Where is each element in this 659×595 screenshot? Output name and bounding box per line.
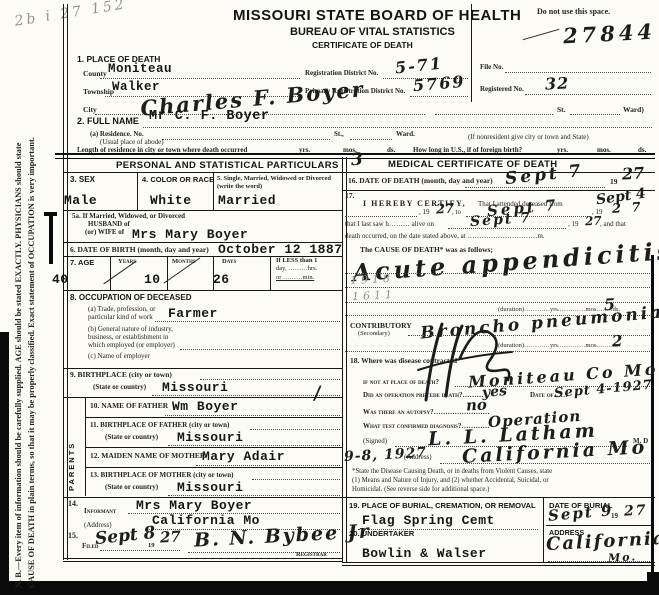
file-no-line xyxy=(505,71,651,73)
cause-faint-mark-1: 1918 xyxy=(350,273,395,286)
scan-edge-bottom xyxy=(0,581,659,595)
row345-rule xyxy=(63,210,342,211)
signed-label: (Signed) xyxy=(363,438,387,445)
stray-slash-mark: / xyxy=(314,385,322,403)
margin-note-line1: N. B.—Every item of information should b… xyxy=(12,137,25,588)
st-line xyxy=(570,113,620,115)
autopsy-label: Was there an autopsy?…………………… xyxy=(363,409,490,416)
mother-bp-line xyxy=(252,478,340,480)
married-to-label: 5a. If Married, Widowed, or Divorced xyxy=(72,213,185,220)
full-name-label: 2. FULL NAME xyxy=(77,117,139,126)
occupation-c: (c) Name of employer xyxy=(88,353,150,360)
sign-address-label: (Address) xyxy=(404,454,432,461)
father-name-label: 10. NAME OF FATHER xyxy=(90,402,168,410)
scan-mark-bracket-h xyxy=(44,212,57,216)
undertaker-address-value: California xyxy=(546,530,659,554)
personal-title-rule xyxy=(63,172,342,173)
column-divider xyxy=(342,157,347,563)
registered-no-value: 32 xyxy=(545,75,570,92)
filed-num: 15. xyxy=(68,532,78,540)
mother-bp-state-line xyxy=(168,494,340,496)
burial-column-divider xyxy=(543,497,544,563)
medical-title-rule xyxy=(342,172,655,173)
certify-and-that: , and that xyxy=(600,221,626,228)
occupation-label: 8. OCCUPATION OF DECEASED xyxy=(70,294,192,302)
scan-mark-bracket-v xyxy=(49,214,53,264)
sex-label: 3. SEX xyxy=(70,176,95,184)
age-div4 xyxy=(270,256,271,290)
filed-year-pre: 19 xyxy=(148,543,155,550)
date-of-death-year-pre: 19 xyxy=(610,178,618,186)
age-days-label: Days xyxy=(222,259,236,266)
filed-year-value: 27 xyxy=(160,529,182,545)
death-occurred-text: death occurred, on the date stated above… xyxy=(345,233,545,240)
informant-value: Mrs Mary Boyer xyxy=(136,499,252,512)
age-label: 7. AGE xyxy=(70,259,94,267)
certify-to-word: , to xyxy=(452,209,461,216)
abode-note: (Usual place of abode) xyxy=(100,139,164,146)
date-of-death-line xyxy=(465,186,605,188)
nonresident-note: (If nonresident give city or town and St… xyxy=(468,134,589,141)
ward-label: Ward) xyxy=(623,106,644,114)
date-stamp: 2b i 27 152 xyxy=(14,0,128,29)
scan-edge-left xyxy=(0,332,9,595)
certificate-number: 27844 xyxy=(563,21,657,47)
right-column-bottom-rule xyxy=(342,562,655,566)
father-bp-state-line xyxy=(168,444,340,446)
occupation-value: Farmer xyxy=(168,307,218,320)
informant-address-value: California Mo xyxy=(152,514,260,527)
attended-to-year: 2 7 xyxy=(612,201,644,216)
registered-no-label: Registered No. xyxy=(480,86,524,93)
age-less-label2: day, ………hrs. xyxy=(276,266,317,273)
margin-note-line2: CAUSE OF DEATH in plain terms, so that i… xyxy=(25,137,38,588)
row8-rule xyxy=(63,368,342,369)
county-line xyxy=(100,77,300,79)
row12-rule xyxy=(85,467,342,468)
certify-num: 17. xyxy=(345,192,354,200)
mother-bp-state-label: (State or country) xyxy=(105,484,158,491)
residence-ward-label: Ward. xyxy=(396,131,415,138)
burial-year: 27 xyxy=(624,503,648,518)
birthplace-value: Missouri xyxy=(162,381,228,394)
burial-date-value: Sept 9 xyxy=(547,503,614,524)
date-of-death-label: 16. DATE OF DEATH (month, day and year) xyxy=(348,177,493,185)
father-name-line xyxy=(165,414,340,416)
father-bp-value: Missouri xyxy=(177,431,243,444)
age-div1 xyxy=(110,256,111,290)
undertaker-value: Bowlin & Walser xyxy=(362,547,487,560)
marital-label: 5. Single, Married, Widowed or Divorced … xyxy=(217,175,337,191)
form-certificate-label: CERTIFICATE OF DEATH xyxy=(312,41,413,50)
margin-note: N. B.—Every item of information should b… xyxy=(12,137,38,588)
birthplace-label: 9. BIRTHPLACE (city or town) xyxy=(70,371,172,379)
filed-line xyxy=(100,549,180,551)
burial-top-rule xyxy=(342,497,655,498)
primary-reg-line xyxy=(410,95,468,97)
father-bp-state-label: (State or country) xyxy=(105,434,158,441)
certify-y19c: , 19 xyxy=(568,221,579,228)
contributory-duration-days: 2 xyxy=(612,334,623,350)
birthplace-state-line xyxy=(152,394,340,396)
township-value: Walker xyxy=(112,81,160,94)
birthplace-state-label: (State or country) xyxy=(93,384,146,391)
age-years-value: 40 xyxy=(52,273,69,286)
residence-st-line xyxy=(350,138,392,140)
row7-rule xyxy=(63,290,342,291)
full-name-line xyxy=(143,126,652,128)
age-less-label1: If LESS than 1 xyxy=(276,258,317,265)
residence-line xyxy=(162,138,330,140)
birth-date-value: October 12 1887 xyxy=(218,243,343,256)
informant-num: 14. xyxy=(68,500,78,508)
secondary-label: (Secondary) xyxy=(358,331,390,338)
color-label: 4. COLOR OR RACE xyxy=(142,176,214,184)
scan-edge-corner xyxy=(647,572,659,595)
burial-year-pre: 19 xyxy=(611,513,618,520)
primary-reg-value: 5769 xyxy=(412,74,466,95)
city-line-2 xyxy=(435,113,553,115)
occupation-a1: (a) Trade, profession, or xyxy=(88,306,155,313)
spouse-value: Mrs Mary Boyer xyxy=(132,228,248,241)
form-title: MISSOURI STATE BOARD OF HEALTH xyxy=(233,8,521,23)
sex-color-divider xyxy=(137,172,138,210)
form-subtitle: BUREAU OF VITAL STATISTICS xyxy=(290,27,455,38)
residence-st-label: St., xyxy=(334,131,344,138)
birth-date-label: 6. DATE OF BIRTH (month, day and year) xyxy=(70,246,209,254)
footnote-line1: *State the Disease Causing Death, or in … xyxy=(352,469,552,476)
stamp-slash-mark xyxy=(523,29,560,40)
father-bp-line xyxy=(250,428,340,430)
age-months-value: 10 xyxy=(144,273,161,286)
marital-value: Married xyxy=(218,194,276,207)
burial-date-underline xyxy=(546,525,652,526)
footnote-line3: Homicidal. (See reverse side for additio… xyxy=(352,487,489,494)
page-mark: 3 xyxy=(351,152,364,170)
color-value: White xyxy=(150,194,192,207)
occupation-a2: particular kind of work xyxy=(88,314,153,321)
personal-title: PERSONAL AND STATISTICAL PARTICULARS xyxy=(116,161,339,171)
sign-address-line xyxy=(440,462,650,464)
contributory-label: CONTRIBUTORY xyxy=(350,322,412,330)
mother-bp-label: 13. BIRTHPLACE OF MOTHER (city or town) xyxy=(90,472,233,479)
mother-name-line xyxy=(196,464,340,466)
undertaker-label: 20. UNDERTAKER xyxy=(349,530,414,538)
wife-of-label: (or) WIFE of xyxy=(85,229,124,236)
row11-rule xyxy=(85,447,342,448)
father-name-value: Wm Boyer xyxy=(172,400,238,413)
certify-line2-dots1 xyxy=(345,215,417,217)
file-no-label: File No. xyxy=(480,64,503,71)
husband-of-label: HUSBAND of xyxy=(88,221,130,228)
age-div2 xyxy=(167,256,168,290)
certify-y19a: , 19 xyxy=(419,209,430,216)
mother-name-label: 12. MAIDEN NAME OF MOTHER xyxy=(90,452,205,460)
county-value: Moniteau xyxy=(108,63,172,76)
do-not-use-label: Do not use this space. xyxy=(537,8,610,16)
mother-name-value: Mary Adair xyxy=(202,450,285,463)
row9-rule xyxy=(63,397,342,398)
registered-no-line xyxy=(525,93,651,95)
burial-place-value: Flag Spring Cemt xyxy=(362,514,495,527)
filed-date-value: Sept 8 xyxy=(94,525,156,548)
age-days-value: 26 xyxy=(213,273,230,286)
informant-label: Informant xyxy=(84,508,116,515)
mother-bp-value: Missouri xyxy=(177,481,243,494)
full-name-value: Mr C. F. Boyer xyxy=(149,110,269,124)
occupation-b-line xyxy=(180,348,340,350)
father-bp-label: 11. BIRTHPLACE OF FATHER (city or town) xyxy=(90,422,229,429)
occupation-b3: which employed (or employer) xyxy=(88,342,175,349)
burial-place-label: 19. PLACE OF BURIAL, CREMATION, OR REMOV… xyxy=(349,502,536,510)
death-certificate-scan: 2b i 27 152 N. B.—Every item of informat… xyxy=(0,0,659,595)
row10-rule xyxy=(85,417,342,418)
occupation-b2: business, or establishment in xyxy=(88,334,169,341)
left-column-bottom-rule xyxy=(63,558,342,562)
age-less-label3: or ………min. xyxy=(276,275,314,282)
footnote-line2: (1) Means and Nature of Injury, and (2) … xyxy=(352,478,549,485)
parents-label: PARENTS xyxy=(68,442,76,491)
occupation-b1: (b) General nature of industry, xyxy=(88,326,173,333)
last-saw-text: that I last saw h……… alive on xyxy=(345,221,434,228)
reg-district-label: Registration District No. xyxy=(305,70,378,77)
date-of-death-year: 27 xyxy=(622,165,645,182)
st-label: St. xyxy=(557,106,566,114)
sex-value: Male xyxy=(64,194,97,207)
residence-label: (a) Residence. No. xyxy=(90,131,144,138)
last-saw-date: Sept 7 xyxy=(470,211,533,229)
